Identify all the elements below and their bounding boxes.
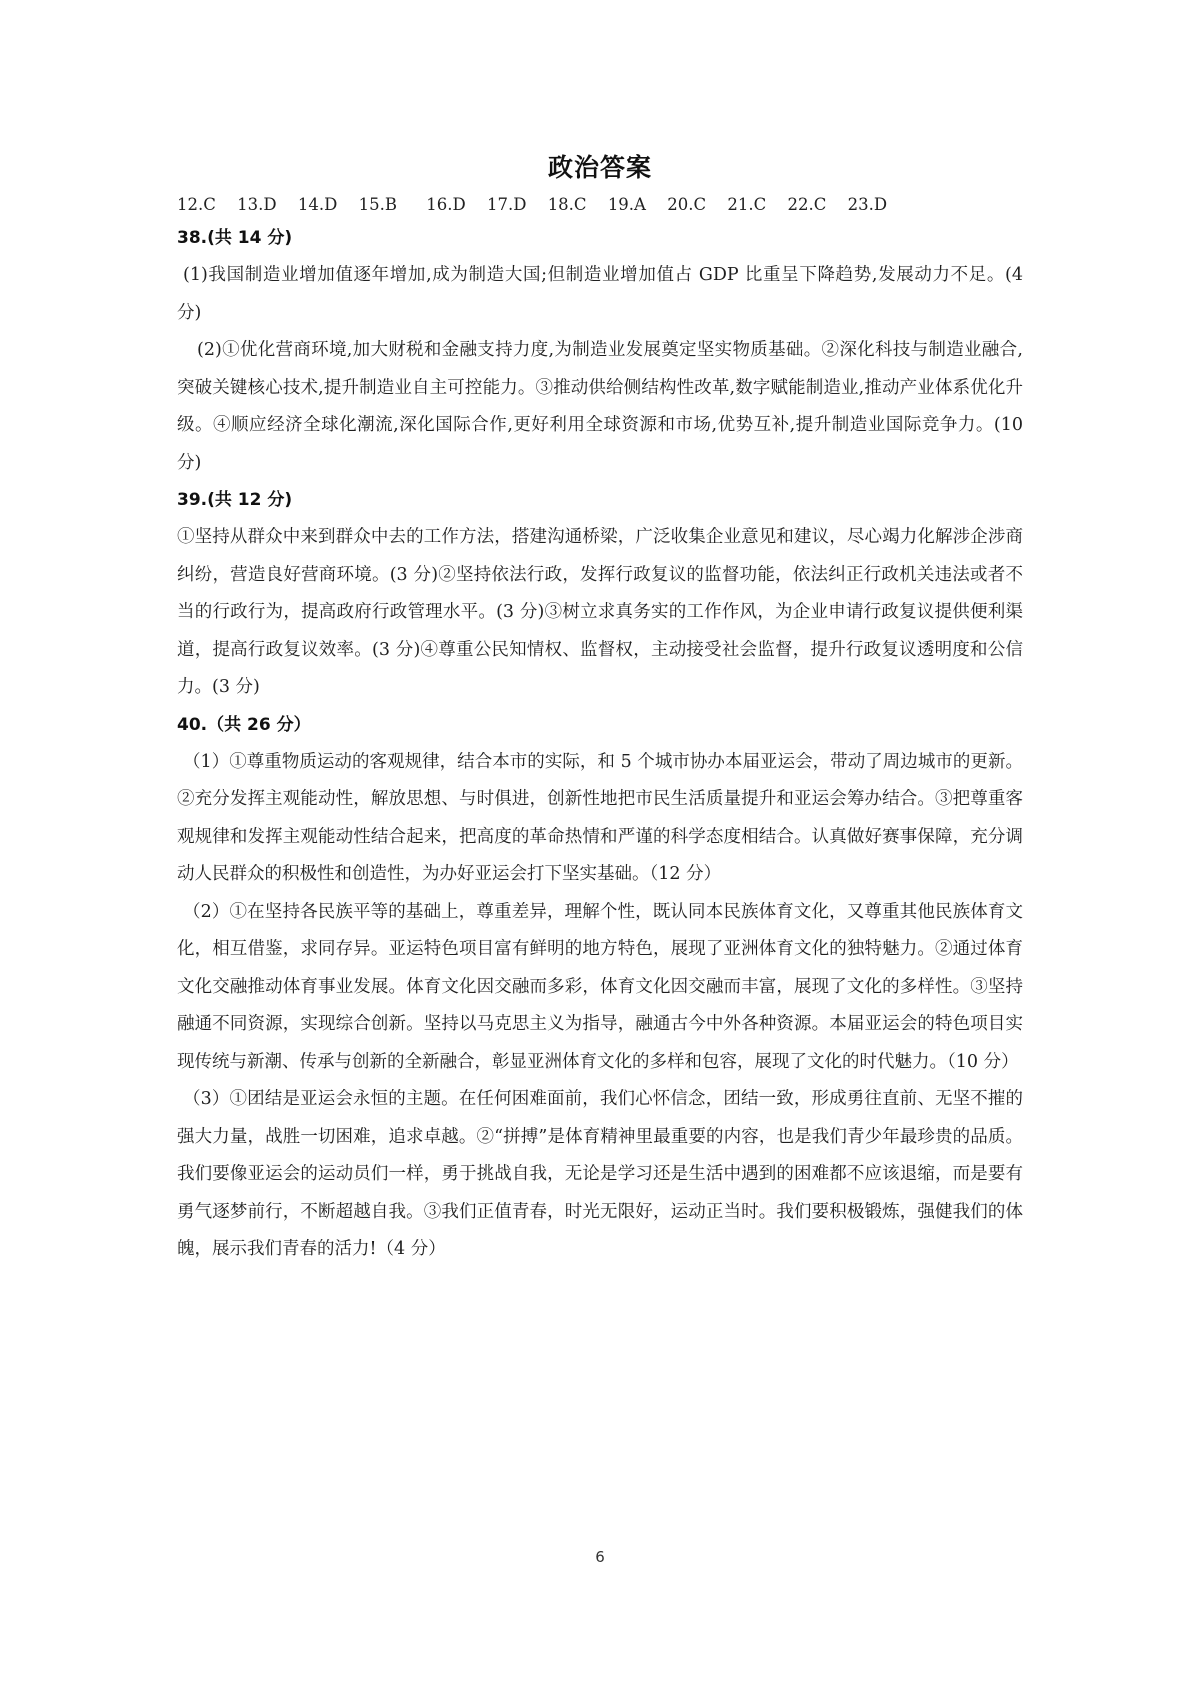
question-40: 40.（共 26 分） （1）①尊重物质运动的客观规律，结合本市的实际，和 5 …: [177, 707, 1023, 1269]
page-number: 6: [0, 1548, 1200, 1566]
answer-paragraph: (1)我国制造业增加值逐年增加,成为制造大国;但制造业增加值占 GDP 比重呈下…: [177, 257, 1023, 332]
choice-answer: 22.C: [787, 190, 826, 220]
choice-answer: 19.A: [608, 190, 646, 220]
question-heading: 39.(共 12 分): [177, 482, 1023, 519]
choice-answer: 20.C: [667, 190, 706, 220]
choice-answer: 13.D: [237, 190, 276, 220]
choice-answer: 18.C: [548, 190, 587, 220]
answer-paragraph: (2)①优化营商环境,加大财税和金融支持力度,为制造业发展奠定坚实物质基础。②深…: [177, 332, 1023, 482]
question-heading: 40.（共 26 分）: [177, 707, 1023, 744]
choice-answers-row: 12.C 13.D 14.D 15.B 16.D 17.D 18.C 19.A …: [177, 190, 1023, 220]
choice-answer: 15.B: [359, 190, 397, 220]
answer-paragraph: （3）①团结是亚运会永恒的主题。在任何困难面前，我们心怀信念，团结一致，形成勇往…: [177, 1081, 1023, 1269]
answer-content: 12.C 13.D 14.D 15.B 16.D 17.D 18.C 19.A …: [177, 190, 1023, 1269]
question-38: 38.(共 14 分) (1)我国制造业增加值逐年增加,成为制造大国;但制造业增…: [177, 220, 1023, 482]
question-heading: 38.(共 14 分): [177, 220, 1023, 257]
question-39: 39.(共 12 分) ①坚持从群众中来到群众中去的工作方法，搭建沟通桥梁，广泛…: [177, 482, 1023, 707]
choice-answer: 21.C: [727, 190, 766, 220]
answer-paragraph: （1）①尊重物质运动的客观规律，结合本市的实际，和 5 个城市协办本届亚运会，带…: [177, 744, 1023, 894]
page-title: 政治答案: [0, 148, 1200, 184]
answer-paragraph: ①坚持从群众中来到群众中去的工作方法，搭建沟通桥梁，广泛收集企业意见和建议，尽心…: [177, 519, 1023, 707]
document-page: 政治答案 12.C 13.D 14.D 15.B 16.D 17.D 18.C …: [0, 0, 1200, 1698]
answer-paragraph: （2）①在坚持各民族平等的基础上，尊重差异，理解个性，既认同本民族体育文化，又尊…: [177, 894, 1023, 1082]
choice-answer: 14.D: [298, 190, 337, 220]
choice-answer: 16.D: [426, 190, 465, 220]
choice-answer: 23.D: [848, 190, 887, 220]
choice-answer: 12.C: [177, 190, 216, 220]
choice-answer: 17.D: [487, 190, 526, 220]
